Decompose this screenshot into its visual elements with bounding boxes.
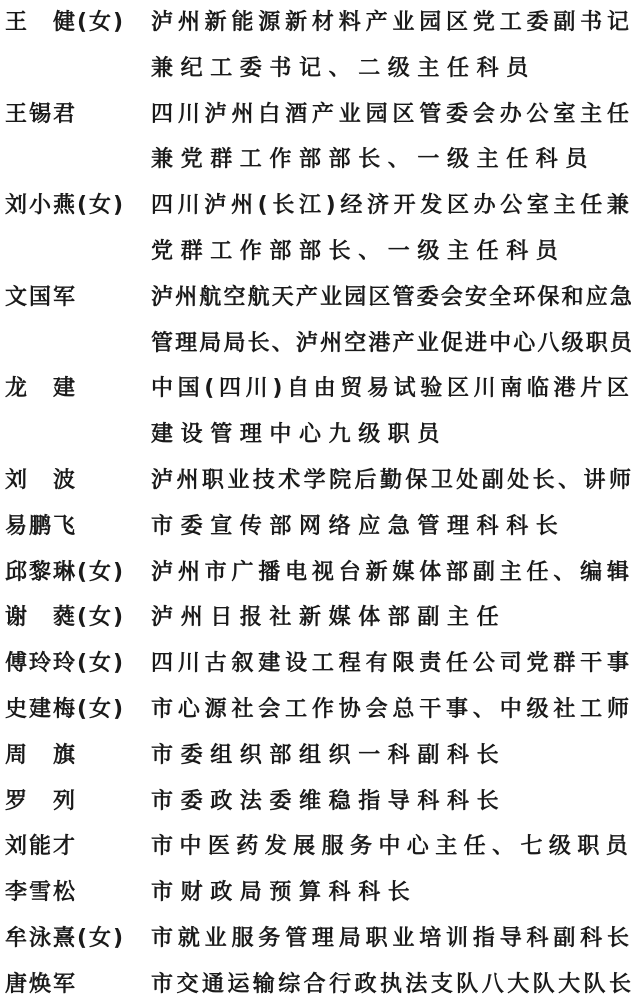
list-item: 唐焕军市交通运输综合行政执法支队八大队大队长	[0, 962, 640, 1005]
list-item: 罗 列市委政法委维稳指导科科长	[0, 779, 640, 825]
position-text: 兼党群工作部部长、一级主任科员	[151, 137, 595, 183]
entry-line: 邱黎琳(女)泸州市广播电视台新媒体部副主任、编辑	[0, 550, 640, 596]
position-text: 泸州市广播电视台新媒体部副主任、编辑	[151, 550, 634, 596]
entry-line: 周 旗市委组织部组织一科副科长	[0, 733, 640, 779]
position-text: 建设管理中心九级职员	[151, 412, 447, 458]
list-item: 王 健(女)泸州新能源新材料产业园区党工委副书记兼纪工委书记、二级主任科员	[0, 0, 640, 92]
person-name: 文国军	[5, 275, 77, 321]
position-text: 兼纪工委书记、二级主任科员	[151, 46, 536, 92]
person-name: 邱黎琳(女)	[5, 550, 125, 596]
list-item: 周 旗市委组织部组织一科副科长	[0, 733, 640, 779]
entry-line: 刘 波泸州职业技术学院后勤保卫处副处长、讲师	[0, 458, 640, 504]
entry-line: 王 健(女)泸州新能源新材料产业园区党工委副书记	[0, 0, 640, 46]
entry-line: 刘能才市中医药发展服务中心主任、七级职员	[0, 824, 640, 870]
position-text: 党群工作部部长、一级主任科员	[151, 229, 565, 275]
person-name: 罗 列	[5, 779, 77, 825]
person-name: 龙 建	[5, 366, 77, 412]
list-item: 龙 建中国(四川)自由贸易试验区川南临港片区建设管理中心九级职员	[0, 366, 640, 458]
entry-line: 文国军泸州航空航天产业园区管委会安全环保和应急	[0, 275, 640, 321]
entry-line: 刘小燕(女)四川泸州(长江)经济开发区办公室主任兼	[0, 183, 640, 229]
list-item: 牟泳熹(女)市就业服务管理局职业培训指导科副科长	[0, 916, 640, 962]
list-item: 刘能才市中医药发展服务中心主任、七级职员	[0, 824, 640, 870]
person-name: 王锡君	[5, 92, 77, 138]
position-text: 四川古叙建设工程有限责任公司党群干事	[151, 641, 634, 687]
person-name: 刘能才	[5, 824, 77, 870]
position-text: 四川泸州(长江)经济开发区办公室主任兼	[151, 183, 634, 229]
entry-line: 龙 建中国(四川)自由贸易试验区川南临港片区	[0, 366, 640, 412]
position-text: 市交通运输综合行政执法支队八大队大队长	[151, 962, 634, 1005]
person-name: 牟泳熹(女)	[5, 916, 125, 962]
list-item: 史建梅(女)市心源社会工作协会总干事、中级社工师	[0, 687, 640, 733]
person-name: 李雪松	[5, 870, 77, 916]
list-item: 傅玲玲(女)四川古叙建设工程有限责任公司党群干事	[0, 641, 640, 687]
entry-line: 罗 列市委政法委维稳指导科科长	[0, 779, 640, 825]
person-name: 刘 波	[5, 458, 77, 504]
position-text: 市财政局预算科科长	[151, 870, 417, 916]
position-text: 管理局局长、泸州空港产业促进中心八级职员	[151, 321, 634, 367]
entry-line: 兼党群工作部部长、一级主任科员	[0, 137, 640, 183]
list-item: 刘小燕(女)四川泸州(长江)经济开发区办公室主任兼党群工作部部长、一级主任科员	[0, 183, 640, 275]
entry-line: 兼纪工委书记、二级主任科员	[0, 46, 640, 92]
position-text: 市委政法委维稳指导科科长	[151, 779, 506, 825]
personnel-list: 王 健(女)泸州新能源新材料产业园区党工委副书记兼纪工委书记、二级主任科员王锡君…	[0, 0, 640, 1005]
entry-line: 唐焕军市交通运输综合行政执法支队八大队大队长	[0, 962, 640, 1005]
list-item: 谢 蕤(女)泸州日报社新媒体部副主任	[0, 595, 640, 641]
entry-line: 傅玲玲(女)四川古叙建设工程有限责任公司党群干事	[0, 641, 640, 687]
list-item: 文国军泸州航空航天产业园区管委会安全环保和应急管理局局长、泸州空港产业促进中心八…	[0, 275, 640, 367]
entry-line: 李雪松市财政局预算科科长	[0, 870, 640, 916]
list-item: 刘 波泸州职业技术学院后勤保卫处副处长、讲师	[0, 458, 640, 504]
entry-line: 谢 蕤(女)泸州日报社新媒体部副主任	[0, 595, 640, 641]
person-name: 周 旗	[5, 733, 77, 779]
entry-line: 易鹏飞市委宣传部网络应急管理科科长	[0, 504, 640, 550]
person-name: 史建梅(女)	[5, 687, 125, 733]
position-text: 中国(四川)自由贸易试验区川南临港片区	[151, 366, 634, 412]
position-text: 市委组织部组织一科副科长	[151, 733, 506, 779]
person-name: 刘小燕(女)	[5, 183, 125, 229]
position-text: 泸州日报社新媒体部副主任	[151, 595, 506, 641]
list-item: 邱黎琳(女)泸州市广播电视台新媒体部副主任、编辑	[0, 550, 640, 596]
person-name: 傅玲玲(女)	[5, 641, 125, 687]
person-name: 唐焕军	[5, 962, 77, 1005]
entry-line: 王锡君四川泸州白酒产业园区管委会办公室主任	[0, 92, 640, 138]
entry-line: 史建梅(女)市心源社会工作协会总干事、中级社工师	[0, 687, 640, 733]
list-item: 王锡君四川泸州白酒产业园区管委会办公室主任兼党群工作部部长、一级主任科员	[0, 92, 640, 184]
position-text: 泸州新能源新材料产业园区党工委副书记	[151, 0, 634, 46]
entry-line: 管理局局长、泸州空港产业促进中心八级职员	[0, 321, 640, 367]
entry-line: 党群工作部部长、一级主任科员	[0, 229, 640, 275]
person-name: 谢 蕤(女)	[5, 595, 125, 641]
position-text: 市心源社会工作协会总干事、中级社工师	[151, 687, 634, 733]
entry-line: 牟泳熹(女)市就业服务管理局职业培训指导科副科长	[0, 916, 640, 962]
person-name: 王 健(女)	[5, 0, 125, 46]
position-text: 泸州航空航天产业园区管委会安全环保和应急	[151, 275, 634, 321]
entry-line: 建设管理中心九级职员	[0, 412, 640, 458]
list-item: 李雪松市财政局预算科科长	[0, 870, 640, 916]
position-text: 四川泸州白酒产业园区管委会办公室主任	[151, 92, 634, 138]
person-name: 易鹏飞	[5, 504, 77, 550]
position-text: 市委宣传部网络应急管理科科长	[151, 504, 565, 550]
list-item: 易鹏飞市委宣传部网络应急管理科科长	[0, 504, 640, 550]
position-text: 市就业服务管理局职业培训指导科副科长	[151, 916, 634, 962]
position-text: 市中医药发展服务中心主任、七级职员	[151, 824, 634, 870]
position-text: 泸州职业技术学院后勤保卫处副处长、讲师	[151, 458, 634, 504]
